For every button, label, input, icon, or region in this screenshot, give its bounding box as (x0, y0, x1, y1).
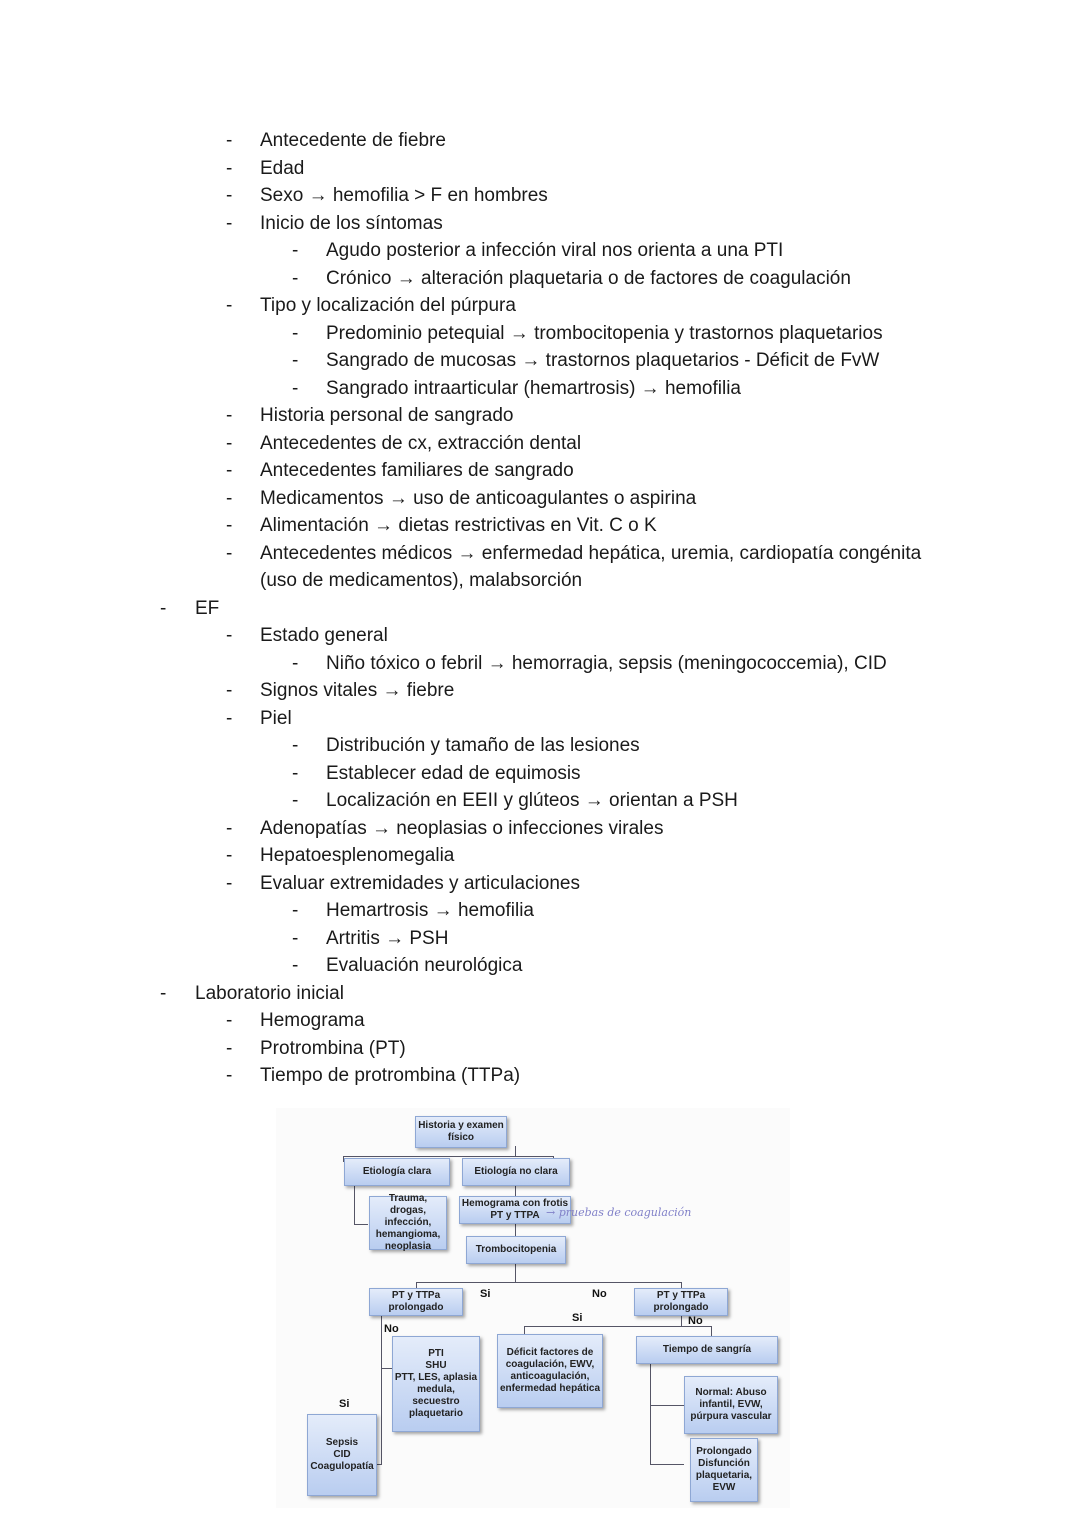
list-item-text: Tiempo de protrombina (TTPa) (260, 1062, 520, 1090)
list-item-text: Antecedentes médicos → enfermedad hepáti… (260, 540, 921, 568)
list-item: -Predominio petequial → trombocitopenia … (0, 320, 1080, 348)
handwritten-note: → pruebas de coagulación (546, 1206, 691, 1219)
bullet-dash: - (226, 1007, 236, 1035)
bullet-dash: - (226, 485, 236, 513)
list-item-text: Hepatoesplenomegalia (260, 842, 454, 870)
list-item-text: Localización en EEII y glúteos → orienta… (326, 787, 738, 815)
bullet-dash: - (226, 1062, 236, 1090)
label-si-mid: Si (572, 1312, 582, 1324)
list-item: -Adenopatías → neoplasias o infecciones … (0, 815, 1080, 843)
label-si-top: Si (480, 1288, 490, 1300)
bullet-dash: - (226, 512, 236, 540)
label-no-right: No (688, 1315, 703, 1327)
list-item: -Antecedente de fiebre (0, 127, 1080, 155)
list-item-text: Evaluación neurológica (326, 952, 522, 980)
bullet-dash: - (226, 155, 236, 183)
list-item: -Hepatoesplenomegalia (0, 842, 1080, 870)
bullet-dash: - (226, 677, 236, 705)
list-item-text: Signos vitales → fiebre (260, 677, 454, 705)
list-item-text: Crónico → alteración plaquetaria o de fa… (326, 265, 851, 293)
box-sangria: Tiempo de sangría (636, 1336, 778, 1364)
box-etiologia-no-clara: Etiología no clara (462, 1158, 570, 1186)
bullet-dash: - (292, 787, 302, 815)
list-item: -Artritis → PSH (0, 925, 1080, 953)
list-item: -Localización en EEII y glúteos → orient… (0, 787, 1080, 815)
bullet-dash: - (160, 595, 170, 623)
list-item: -Hemartrosis → hemofilia (0, 897, 1080, 925)
list-item: -Estado general (0, 622, 1080, 650)
bullet-dash: - (226, 182, 236, 210)
bullet-dash: - (292, 237, 302, 265)
list-item-text: EF (195, 595, 219, 623)
bullet-dash: - (226, 292, 236, 320)
list-item-text: Alimentación → dietas restrictivas en Vi… (260, 512, 657, 540)
box-historia: Historia y examen físico (415, 1116, 507, 1148)
list-item: -Protrombina (PT) (0, 1035, 1080, 1063)
label-no-left: No (384, 1323, 399, 1335)
bullet-dash: - (226, 842, 236, 870)
bullet-dash: - (226, 815, 236, 843)
list-item: -Laboratorio inicial (0, 980, 1080, 1008)
list-item-text: Predominio petequial → trombocitopenia y… (326, 320, 883, 348)
list-item: -Niño tóxico o febril → hemorragia, seps… (0, 650, 1080, 678)
list-item: -Antecedentes de cx, extracción dental (0, 430, 1080, 458)
flowchart-diagram: Historia y examen físico Etiología clara… (276, 1108, 790, 1508)
box-prolongado: Prolongado Disfunción plaquetaria, EVW (690, 1438, 758, 1502)
list-item-text: Adenopatías → neoplasias o infecciones v… (260, 815, 663, 843)
list-item-text: Hemograma (260, 1007, 365, 1035)
list-item: -Edad (0, 155, 1080, 183)
bullet-dash: - (292, 952, 302, 980)
list-item: -Establecer edad de equimosis (0, 760, 1080, 788)
box-sepsis: Sepsis CID Coagulopatía (307, 1414, 377, 1496)
list-item: -Alimentación → dietas restrictivas en V… (0, 512, 1080, 540)
box-pt-left: PT y TTPa prolongado (369, 1288, 463, 1316)
bullet-dash: - (226, 402, 236, 430)
list-item: -EF (0, 595, 1080, 623)
bullet-dash: - (292, 760, 302, 788)
list-item-text: Historia personal de sangrado (260, 402, 514, 430)
bullet-dash: - (292, 265, 302, 293)
list-item-text: Tipo y localización del púrpura (260, 292, 516, 320)
bullet-dash: - (292, 897, 302, 925)
label-si-left: Si (339, 1398, 349, 1410)
list-item-text: Sangrado intraarticular (hemartrosis) → … (326, 375, 741, 403)
list-item: -Evaluar extremidades y articulaciones (0, 870, 1080, 898)
bullet-dash: - (226, 870, 236, 898)
list-item-text: Estado general (260, 622, 388, 650)
box-pt-right: PT y TTPa prolongado (634, 1288, 728, 1316)
list-item-text: Artritis → PSH (326, 925, 448, 953)
list-item-text: Antecedentes familiares de sangrado (260, 457, 574, 485)
box-normal: Normal: Abuso infantil, EVW, púrpura vas… (684, 1376, 778, 1434)
list-item-text: Sangrado de mucosas → trastornos plaquet… (326, 347, 879, 375)
bullet-dash: - (226, 457, 236, 485)
bullet-dash: - (226, 210, 236, 238)
list-item-text: (uso de medicamentos), malabsorción (260, 567, 582, 595)
bullet-dash: - (292, 320, 302, 348)
bullet-dash: - (226, 622, 236, 650)
list-item: -Sangrado de mucosas → trastornos plaque… (0, 347, 1080, 375)
list-item: (uso de medicamentos), malabsorción (0, 567, 1080, 595)
box-pti: PTI SHU PTT, LES, aplasia medula, secues… (392, 1336, 480, 1432)
list-item-text: Evaluar extremidades y articulaciones (260, 870, 580, 898)
list-item-text: Inicio de los síntomas (260, 210, 443, 238)
box-trauma: Trauma, drogas, infección, hemangioma, n… (369, 1196, 447, 1250)
list-item: -Antecedentes médicos → enfermedad hepát… (0, 540, 1080, 568)
list-item-text: Agudo posterior a infección viral nos or… (326, 237, 783, 265)
bullet-dash: - (226, 127, 236, 155)
box-deficit: Déficit factores de coagulación, EWV, an… (497, 1334, 603, 1408)
list-item: -Signos vitales → fiebre (0, 677, 1080, 705)
list-item-text: Antecedentes de cx, extracción dental (260, 430, 581, 458)
list-item-text: Protrombina (PT) (260, 1035, 406, 1063)
list-item-text: Distribución y tamaño de las lesiones (326, 732, 640, 760)
list-item-text: Medicamentos → uso de anticoagulantes o … (260, 485, 696, 513)
list-item: -Antecedentes familiares de sangrado (0, 457, 1080, 485)
list-item: -Distribución y tamaño de las lesiones (0, 732, 1080, 760)
bullet-dash: - (292, 347, 302, 375)
list-item-text: Antecedente de fiebre (260, 127, 446, 155)
list-item: -Medicamentos → uso de anticoagulantes o… (0, 485, 1080, 513)
bullet-dash: - (292, 375, 302, 403)
bullet-dash: - (292, 732, 302, 760)
list-item: -Crónico → alteración plaquetaria o de f… (0, 265, 1080, 293)
bullet-dash: - (226, 430, 236, 458)
list-item-text: Laboratorio inicial (195, 980, 344, 1008)
list-item: -Tiempo de protrombina (TTPa) (0, 1062, 1080, 1090)
bullet-dash: - (160, 980, 170, 1008)
list-item: -Sexo → hemofilia > F en hombres (0, 182, 1080, 210)
list-item-text: Niño tóxico o febril → hemorragia, sepsi… (326, 650, 887, 678)
list-item: -Hemograma (0, 1007, 1080, 1035)
list-item: -Sangrado intraarticular (hemartrosis) →… (0, 375, 1080, 403)
list-item-text: Edad (260, 155, 304, 183)
bullet-dash: - (226, 705, 236, 733)
list-item-text: Piel (260, 705, 292, 733)
box-trombocitopenia: Trombocitopenia (466, 1236, 566, 1264)
bullet-dash: - (292, 925, 302, 953)
label-no-top: No (592, 1288, 607, 1300)
bullet-dash: - (226, 540, 236, 568)
list-item-text: Establecer edad de equimosis (326, 760, 581, 788)
list-item-text: Sexo → hemofilia > F en hombres (260, 182, 548, 210)
list-item: -Agudo posterior a infección viral nos o… (0, 237, 1080, 265)
list-item: -Tipo y localización del púrpura (0, 292, 1080, 320)
list-item-text: Hemartrosis → hemofilia (326, 897, 534, 925)
list-item: -Historia personal de sangrado (0, 402, 1080, 430)
list-item: -Piel (0, 705, 1080, 733)
list-item: -Inicio de los síntomas (0, 210, 1080, 238)
box-etiologia-clara: Etiología clara (344, 1158, 450, 1186)
bullet-dash: - (292, 650, 302, 678)
outline-list: -Antecedente de fiebre-Edad-Sexo → hemof… (0, 127, 1080, 1090)
list-item: -Evaluación neurológica (0, 952, 1080, 980)
bullet-dash: - (226, 1035, 236, 1063)
